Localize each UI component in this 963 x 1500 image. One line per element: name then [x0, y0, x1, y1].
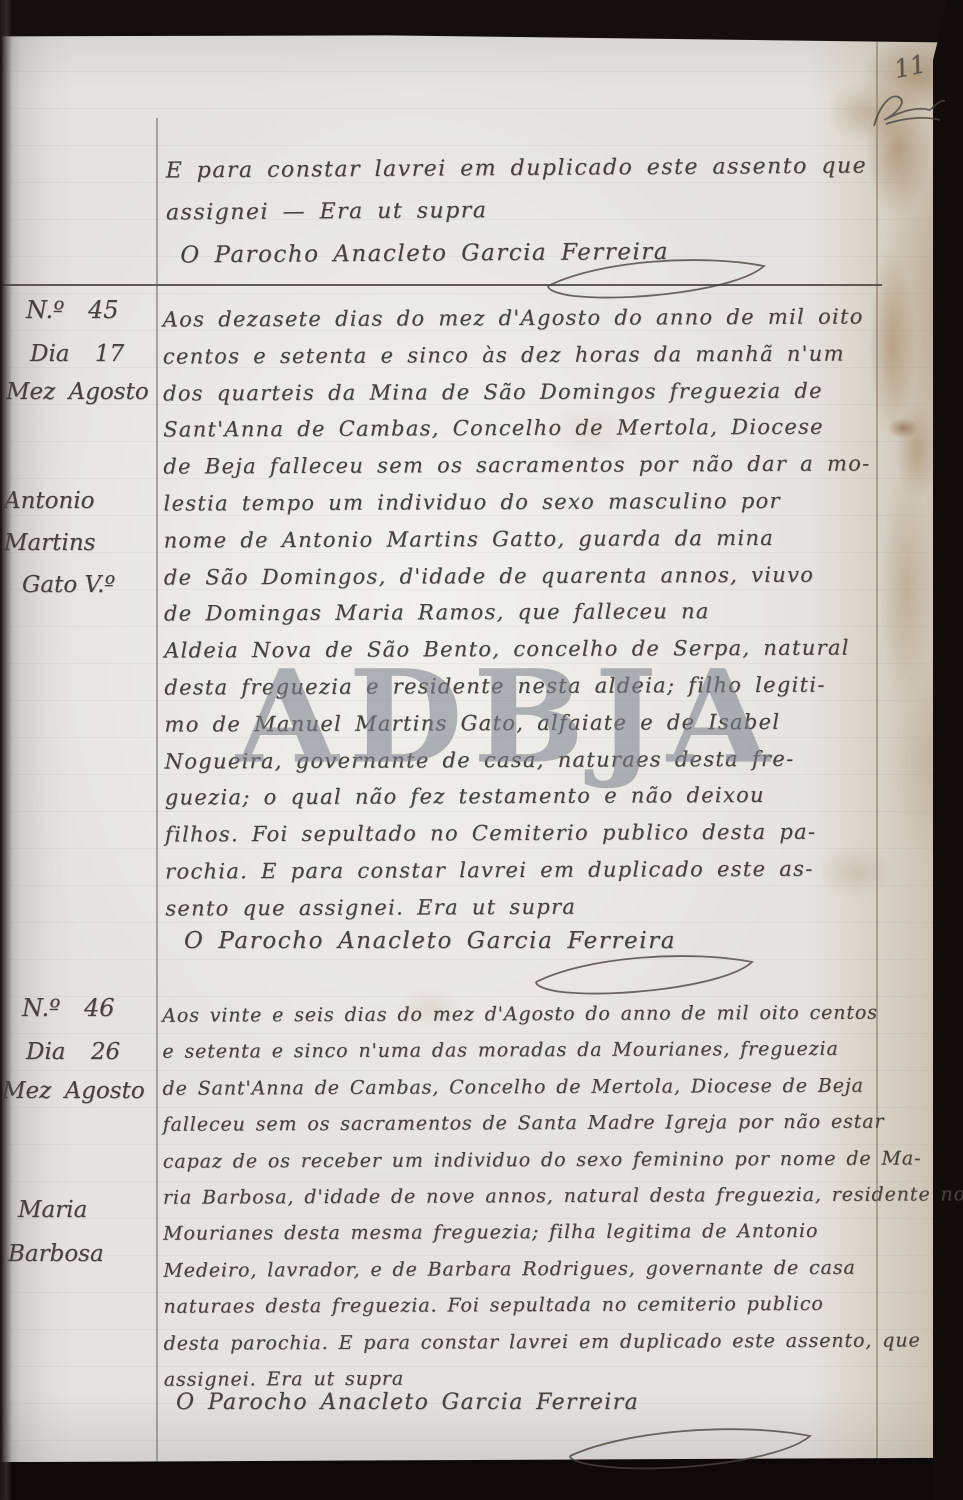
text-line: Aos vinte e seis dias do mez d'Agosto do…: [162, 994, 963, 1034]
text-line: Aldeia Nova de São Bento, concelho de Se…: [164, 630, 871, 670]
text-line: Maria: [18, 1188, 104, 1232]
handwriting-layer: 11 E para constar lavrei em duplicado es…: [0, 0, 963, 1500]
text-line: Aos dezasete dias do mez d'Agosto do ann…: [163, 298, 870, 338]
closing-lines: E para constar lavrei em duplicado este …: [166, 146, 868, 235]
text-line: Antonio: [4, 480, 115, 522]
margin-deceased-name: AntonioMartinsGato V.º: [4, 480, 115, 606]
text-line: guezia; o qual não fez testamento e não …: [165, 777, 872, 817]
text-line: lestia tempo um individuo do sexo mascul…: [163, 482, 870, 522]
text-line: falleceu sem os sacramentos de Santa Mad…: [163, 1103, 963, 1143]
text-line: Sant'Anna de Cambas, Concelho de Mertola…: [163, 409, 870, 449]
priest-signature: O Parocho Anacleto Garcia Ferreira: [176, 1390, 639, 1415]
text-line: E para constar lavrei em duplicado este …: [166, 146, 868, 193]
margin-deceased-name: MariaBarbosa: [18, 1188, 104, 1276]
text-line: de Domingas Maria Ramos, que falleceu na: [164, 593, 871, 633]
folio-number: 11: [891, 49, 928, 84]
margin-month: Mez Agosto: [6, 379, 149, 405]
text-line: centos e setenta e sinco às dez horas da…: [163, 335, 870, 375]
rubric-paraph-icon: [866, 84, 950, 136]
text-line: de Beja falleceu sem os sacramentos por …: [163, 446, 870, 486]
record-45-body: Aos dezasete dias do mez d'Agosto do ann…: [163, 298, 873, 927]
margin-month: Mez Agosto: [2, 1078, 145, 1104]
text-line: dos quarteis da Mina de São Domingos fre…: [163, 372, 870, 412]
text-line: Gato V.º: [22, 564, 115, 606]
text-line: desta freguezia e residente nesta aldeia…: [164, 666, 871, 706]
text-line: de Sant'Anna de Cambas, Concelho de Mert…: [162, 1067, 963, 1107]
text-line: Barbosa: [8, 1232, 104, 1276]
signature-flourish: [560, 1424, 820, 1482]
record-46-body: Aos vinte e seis dias do mez d'Agosto do…: [162, 994, 963, 1398]
text-line: e setenta e sinco n'uma das moradas da M…: [162, 1031, 963, 1071]
priest-signature: O Parocho Anacleto Garcia Ferreira: [184, 928, 676, 954]
text-line: nome de Antonio Martins Gatto, guarda da…: [164, 519, 871, 559]
text-line: assignei — Era ut supra: [166, 188, 868, 235]
text-line: Medeiro, lavrador, e de Barbara Rodrigue…: [163, 1249, 963, 1289]
register-page-scan: 11 E para constar lavrei em duplicado es…: [0, 0, 963, 1500]
text-line: mo de Manuel Martins Gato, alfaiate e de…: [164, 703, 871, 743]
text-line: sento que assignei. Era ut supra: [165, 887, 872, 927]
margin-record-number: N.º 45: [26, 296, 119, 324]
text-line: naturaes desta freguezia. Foi sepultada …: [163, 1285, 963, 1325]
text-line: Martins: [4, 522, 115, 564]
margin-day: Dia 17: [30, 341, 124, 367]
margin-day: Dia 26: [26, 1039, 120, 1065]
text-line: Nogueira, governante de casa, naturaes d…: [165, 740, 872, 780]
text-line: desta parochia. E para constar lavrei em…: [164, 1322, 963, 1362]
text-line: de São Domingos, d'idade de quarenta ann…: [164, 556, 871, 596]
text-line: filhos. Foi sepultado no Cemiterio publi…: [165, 814, 872, 854]
text-line: ria Barbosa, d'idade de nove annos, natu…: [163, 1176, 963, 1216]
text-line: rochia. E para constar lavrei em duplica…: [165, 850, 872, 890]
margin-record-number: N.º 46: [22, 994, 115, 1022]
text-line: capaz de os receber um individuo do sexo…: [163, 1140, 963, 1180]
text-line: Mourianes desta mesma freguezia; filha l…: [163, 1213, 963, 1253]
